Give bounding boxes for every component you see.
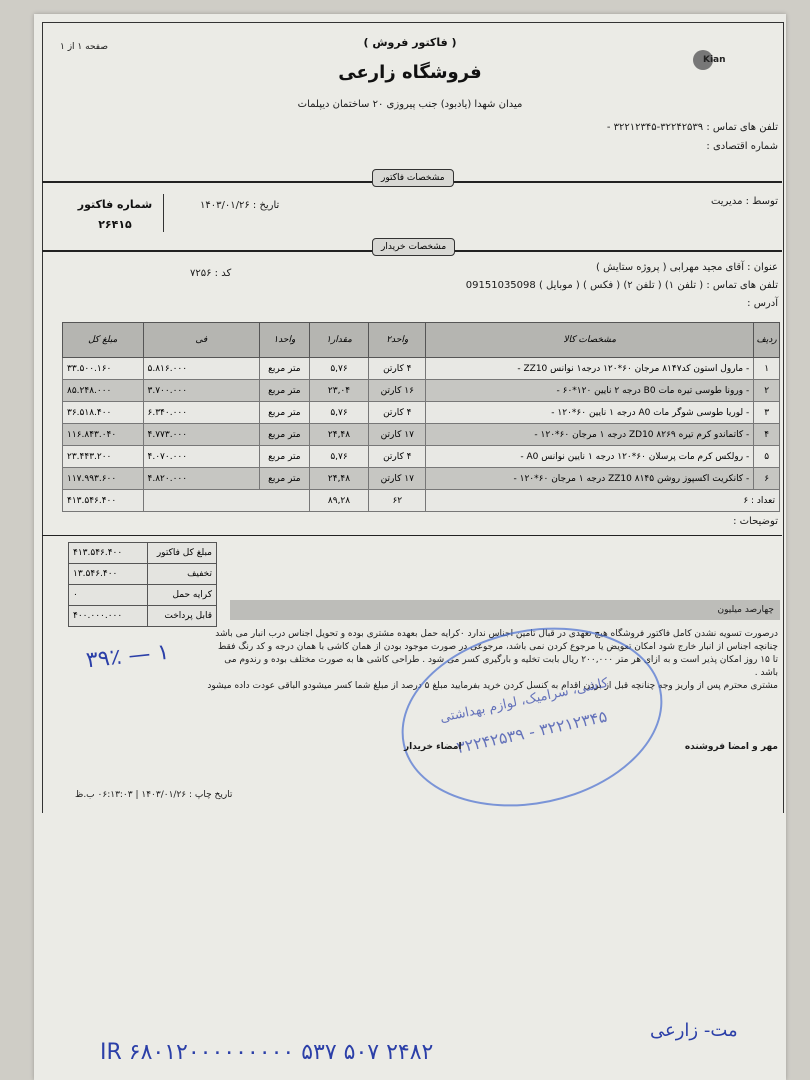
row-unit-price: ۳.۷۰۰.۰۰۰ — [143, 380, 260, 402]
divider — [42, 535, 782, 536]
row-unit-price: ۴.۰۷۰.۰۰۰ — [143, 446, 260, 468]
row-unit2: ۱۷ کارتن — [369, 424, 426, 446]
col-row: ردیف — [754, 323, 780, 358]
summary-row: کرایه حمل ۰ — [69, 585, 217, 606]
buyer-signature-label: امضاء خریدار — [404, 742, 462, 752]
row-number: ۴ — [754, 424, 780, 446]
table-row: ۵ - رولکس کرم مات پرسلان ۶۰*۱۲۰ درجه ۱ ن… — [63, 446, 780, 468]
buyer-phones: تلفن های تماس : ( تلفن ۱) ( تلفن ۲) ( فک… — [466, 280, 778, 291]
notes-label: توضیحات : — [733, 516, 778, 527]
col-unit2: واحد۲ — [369, 323, 426, 358]
row-unit-price: ۴.۷۷۳.۰۰۰ — [143, 424, 260, 446]
summary-label: کرایه حمل — [148, 585, 217, 606]
section-invoice-info: مشخصات فاکتور — [372, 169, 454, 187]
row-total: ۳۳.۵۰۰.۱۶۰ — [63, 358, 144, 380]
row-description: - رولکس کرم مات پرسلان ۶۰*۱۲۰ درجه ۱ نای… — [426, 446, 754, 468]
summary-label: مبلغ کل فاکتور — [148, 543, 217, 564]
row-description: - ورونا طوسی تیره مات B0 درجه ۲ نایین ۱۲… — [426, 380, 754, 402]
row-total: ۱۱۶.۸۴۳.۰۴۰ — [63, 424, 144, 446]
row-unit2: ۱۷ کارتن — [369, 468, 426, 490]
row-qty1: ۲۳,۰۴ — [309, 380, 369, 402]
row-unit2: ۴ کارتن — [369, 446, 426, 468]
table-row: ۲ - ورونا طوسی تیره مات B0 درجه ۲ نایین … — [63, 380, 780, 402]
row-unit1: متر مربع — [260, 358, 310, 380]
empty-cell — [143, 490, 309, 512]
buyer-code: کد : ۷۲۵۶ — [190, 268, 231, 279]
seller-signature-label: مهر و امضا فروشنده — [685, 742, 778, 752]
summary-label: قابل پرداخت — [148, 606, 217, 627]
row-qty1: ۵,۷۶ — [309, 446, 369, 468]
amount-in-words: چهارصد میلیون — [230, 600, 780, 620]
row-unit-price: ۴.۸۲۰.۰۰۰ — [143, 468, 260, 490]
row-description: - لوریا طوسی شوگر مات A0 درجه ۱ نایین ۶۰… — [426, 402, 754, 424]
summary-value: ۱۳.۵۴۶.۴۰۰ — [69, 564, 148, 585]
handwritten-iban: IR ۶۸۰۱۲۰۰۰۰۰۰۰۰۰ ۵۳۷ ۵۰۷ ۲۴۸۲ — [100, 1040, 433, 1065]
row-total: ۳۶.۵۱۸.۴۰۰ — [63, 402, 144, 424]
row-number: ۶ — [754, 468, 780, 490]
invoice-number-label: شماره فاکتور — [70, 198, 160, 211]
summary-row: قابل پرداخت ۴۰۰.۰۰۰.۰۰۰ — [69, 606, 217, 627]
row-description: - کانکریت اکسپوز روشن ۸۱۴۵ ZZ10 درجه ۱ م… — [426, 468, 754, 490]
row-total: ۱۱۷.۹۹۳.۶۰۰ — [63, 468, 144, 490]
row-unit1: متر مربع — [260, 424, 310, 446]
sum-unit2: ۶۲ — [369, 490, 426, 512]
col-unit-price: فی — [143, 323, 260, 358]
section-buyer-info: مشخصات خریدار — [372, 238, 455, 256]
col-qty1: مقدار۱ — [309, 323, 369, 358]
logo-text: Kian — [703, 55, 726, 65]
table-row: ۳ - لوریا طوسی شوگر مات A0 درجه ۱ نایین … — [63, 402, 780, 424]
row-qty1: ۵,۷۶ — [309, 402, 369, 424]
row-total: ۲۳.۴۴۳.۲۰۰ — [63, 446, 144, 468]
summary-value: ۴۰۰.۰۰۰.۰۰۰ — [69, 606, 148, 627]
row-number: ۲ — [754, 380, 780, 402]
table-row: ۴ - کاتماندو کرم تیره ۸۲۶۹ ZD10 درجه ۱ م… — [63, 424, 780, 446]
items-table: ردیف مشخصات کالا واحد۲ مقدار۱ واحد۱ فی م… — [62, 322, 780, 512]
col-description: مشخصات کالا — [426, 323, 754, 358]
row-number: ۱ — [754, 358, 780, 380]
table-row: ۱ - مارول استون کد۸۱۴۷ مرجان ۶۰*۱۲۰ درجه… — [63, 358, 780, 380]
row-unit1: متر مربع — [260, 446, 310, 468]
economic-number: شماره اقتصادی : — [706, 141, 778, 152]
summary-value: ۴۱۳.۵۴۶.۴۰۰ — [69, 543, 148, 564]
handwritten-name: مت- زارعی — [650, 1020, 738, 1041]
sum-qty1: ۸۹,۲۸ — [309, 490, 369, 512]
row-unit1: متر مربع — [260, 380, 310, 402]
row-qty1: ۵,۷۶ — [309, 358, 369, 380]
row-number: ۳ — [754, 402, 780, 424]
table-totals-row: تعداد : ۶ ۶۲ ۸۹,۲۸ ۴۱۳.۵۴۶.۴۰۰ — [63, 490, 780, 512]
row-unit2: ۱۶ کارتن — [369, 380, 426, 402]
invoice-number: ۲۶۴۱۵ — [70, 218, 160, 231]
summary-value: ۰ — [69, 585, 148, 606]
col-unit1: واحد۱ — [260, 323, 310, 358]
summary-table: مبلغ کل فاکتور ۴۱۳.۵۴۶.۴۰۰ تخفیف ۱۳.۵۴۶.… — [68, 542, 217, 627]
buyer-address: آدرس : — [747, 298, 778, 309]
buyer-title: عنوان : آقای مجید مهرابی ( پروژه ستایش ) — [596, 262, 778, 273]
row-qty1: ۲۴,۴۸ — [309, 468, 369, 490]
invoice-date: تاریخ : ۱۴۰۳/۰۱/۲۶ — [200, 200, 279, 211]
row-qty1: ۲۴,۴۸ — [309, 424, 369, 446]
store-name: فروشگاه زارعی — [300, 62, 520, 83]
sum-total: ۴۱۳.۵۴۶.۴۰۰ — [63, 490, 144, 512]
col-total: مبلغ کل — [63, 323, 144, 358]
print-date: تاریخ چاپ : ۱۴۰۳/۰۱/۲۶ | ۰۶:۱۳:۰۳ ب.ظ — [75, 790, 232, 800]
item-count: تعداد : ۶ — [426, 490, 780, 512]
row-unit2: ۴ کارتن — [369, 358, 426, 380]
row-unit1: متر مربع — [260, 468, 310, 490]
row-unit-price: ۶.۳۴۰.۰۰۰ — [143, 402, 260, 424]
row-unit2: ۴ کارتن — [369, 402, 426, 424]
store-address: میدان شهدا (یادبود) جنب پیروزی ۲۰ ساختما… — [250, 99, 570, 110]
row-unit-price: ۵.۸۱۶.۰۰۰ — [143, 358, 260, 380]
divider — [163, 194, 164, 232]
row-number: ۵ — [754, 446, 780, 468]
table-row: ۶ - کانکریت اکسپوز روشن ۸۱۴۵ ZZ10 درجه ۱… — [63, 468, 780, 490]
issued-by: توسط : مدیریت — [711, 196, 778, 207]
store-phones: تلفن های تماس : ۳۲۲۴۲۵۳۹-۳۲۲۱۲۳۴۵ - — [607, 122, 778, 133]
summary-label: تخفیف — [148, 564, 217, 585]
row-description: - مارول استون کد۸۱۴۷ مرجان ۶۰*۱۲۰ درجه۱ … — [426, 358, 754, 380]
row-total: ۸۵.۲۴۸.۰۰۰ — [63, 380, 144, 402]
summary-row: مبلغ کل فاکتور ۴۱۳.۵۴۶.۴۰۰ — [69, 543, 217, 564]
invoice-type: ( فاکتور فروش ) — [330, 36, 490, 49]
page-info: صفحه ۱ از ۱ — [60, 42, 108, 52]
row-unit1: متر مربع — [260, 402, 310, 424]
row-description: - کاتماندو کرم تیره ۸۲۶۹ ZD10 درجه ۱ مرج… — [426, 424, 754, 446]
summary-row: تخفیف ۱۳.۵۴۶.۴۰۰ — [69, 564, 217, 585]
